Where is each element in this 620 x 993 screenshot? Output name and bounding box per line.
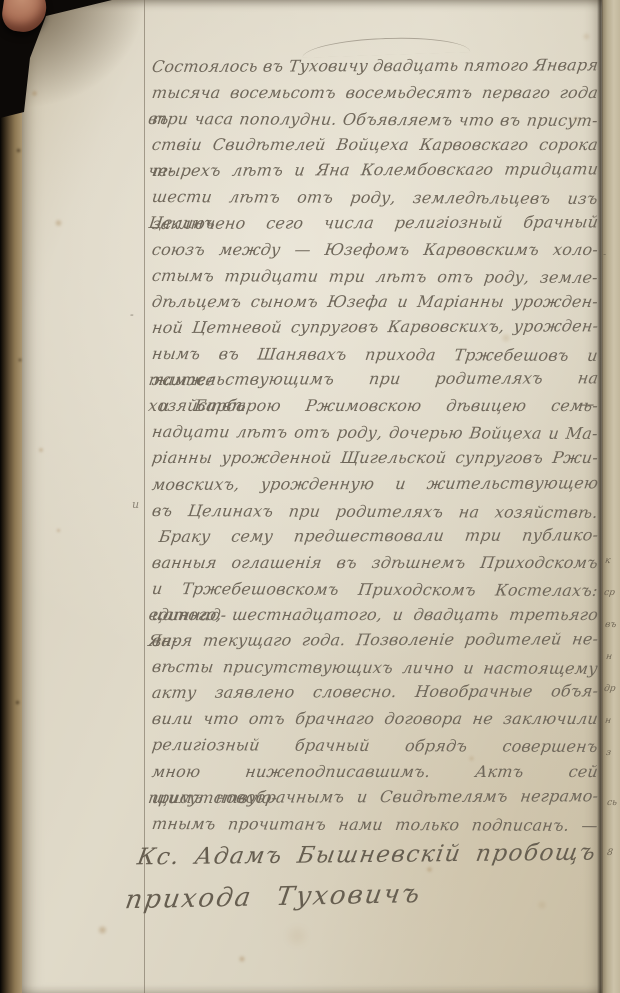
body-line: въ Целинахъ при родителяхъ на хозяйствѣ.: [150, 498, 599, 526]
body-line: тнымъ прочитанъ нами только подписанъ. —: [150, 811, 599, 839]
register-photo: 6. Целины Юзефъ Карвовскій Барбара Ржимо…: [0, 0, 620, 993]
body-line: цатого, шестнадцатого, и двадцать третья…: [150, 602, 600, 628]
edge-fragment: сь: [606, 798, 620, 808]
foxing-spot: [536, 900, 548, 910]
edge-fragment: з: [605, 748, 620, 758]
body-line: шести лѣтъ отъ роду, земледѣльцевъ изъ Ц…: [150, 184, 599, 212]
body-line: надцати лѣтъ отъ роду, дочерью Войцеха и…: [150, 419, 599, 447]
body-line: тысяча восемьсотъ восемьдесятъ перваго г…: [150, 80, 600, 106]
act-body-text: Состоялось въ Туховичу двадцать пятого Я…: [152, 54, 598, 837]
body-line: тырехъ лѣтъ и Яна Колембовскаго тридцати: [150, 157, 600, 185]
body-line: ванныя оглашенія въ здѣшнемъ Приходскомъ: [150, 550, 600, 576]
body-line: ствіи Свидѣтелей Войцеха Карвовскаго сор…: [150, 132, 600, 158]
body-line: три часа пополудни. Объявляемъ что въ пр…: [150, 106, 599, 134]
binding-speck: [15, 700, 20, 705]
edge-fragment: к: [604, 556, 620, 566]
binding-speck: [18, 358, 22, 362]
body-line: дѣльцемъ сыномъ Юзефа и Маріанны урожден…: [150, 289, 600, 315]
body-line: Браку сему предшествовали три публико-: [150, 522, 600, 550]
foxing-spot: [31, 90, 38, 97]
foxing-spot: [238, 955, 246, 963]
body-line: и Тржебешовскомъ Приходскомъ Костелахъ: …: [150, 576, 599, 604]
hyphen-mark: и: [132, 498, 139, 511]
body-line: заключено сего числа религіозный брачный: [150, 209, 600, 237]
foxing-spot: [582, 32, 591, 41]
foxing-spot: [38, 447, 44, 453]
body-line: вили что отъ брачнаго договора не заключ…: [150, 706, 600, 732]
foxing-spot: [97, 925, 108, 935]
body-line: щимъ новобрачнымъ и Свидѣтелямъ неграмо-: [150, 783, 600, 811]
body-line: ріанны урожденной Щигельской супруговъ Р…: [150, 445, 600, 471]
foxing-spot: [282, 925, 312, 947]
edge-fragment: др: [603, 684, 620, 694]
hyphen-mark: -: [130, 308, 134, 321]
edge-fragment: н: [604, 716, 620, 726]
next-page-edge: [602, 0, 620, 993]
body-line: стымъ тридцати три лѣтъ отъ роду, земле-: [150, 263, 599, 291]
edge-fragment: ср: [603, 588, 620, 598]
priest-signature: Кс. Адамъ Бышневскій пробощъ: [135, 840, 598, 871]
body-line: союзъ между — Юзефомъ Карвовскимъ холо-: [150, 237, 600, 263]
edge-fragment: -: [602, 250, 619, 260]
body-line: акту заявлено словесно. Новобрачные объя…: [150, 679, 600, 707]
edge-fragment: н: [605, 652, 620, 662]
body-line: варя текущаго года. Позволеніе родителей…: [150, 626, 600, 654]
body-line: жительствующимъ при родителяхъ на хозяйс…: [150, 365, 600, 393]
foxing-spot: [54, 219, 63, 227]
foxing-spot: [56, 528, 61, 533]
body-line: религіозный брачный обрядъ совершенъ: [150, 732, 599, 760]
binding-speck: [16, 148, 21, 153]
body-line: мовскихъ, урожденную и жительствующею: [150, 470, 600, 498]
edge-fragment: въ: [604, 620, 620, 630]
body-line: Состоялось въ Туховичу двадцать пятого Я…: [150, 52, 600, 80]
edge-fragment: 8: [606, 848, 620, 858]
body-line: ной Цетневой супруговъ Карвовскихъ, урож…: [150, 313, 600, 341]
body-line: мною нижеподписавшимъ. Актъ сей присутст…: [150, 759, 600, 785]
body-line: и Барбарою Ржимовскою дѣвицею семь-: [150, 393, 600, 419]
